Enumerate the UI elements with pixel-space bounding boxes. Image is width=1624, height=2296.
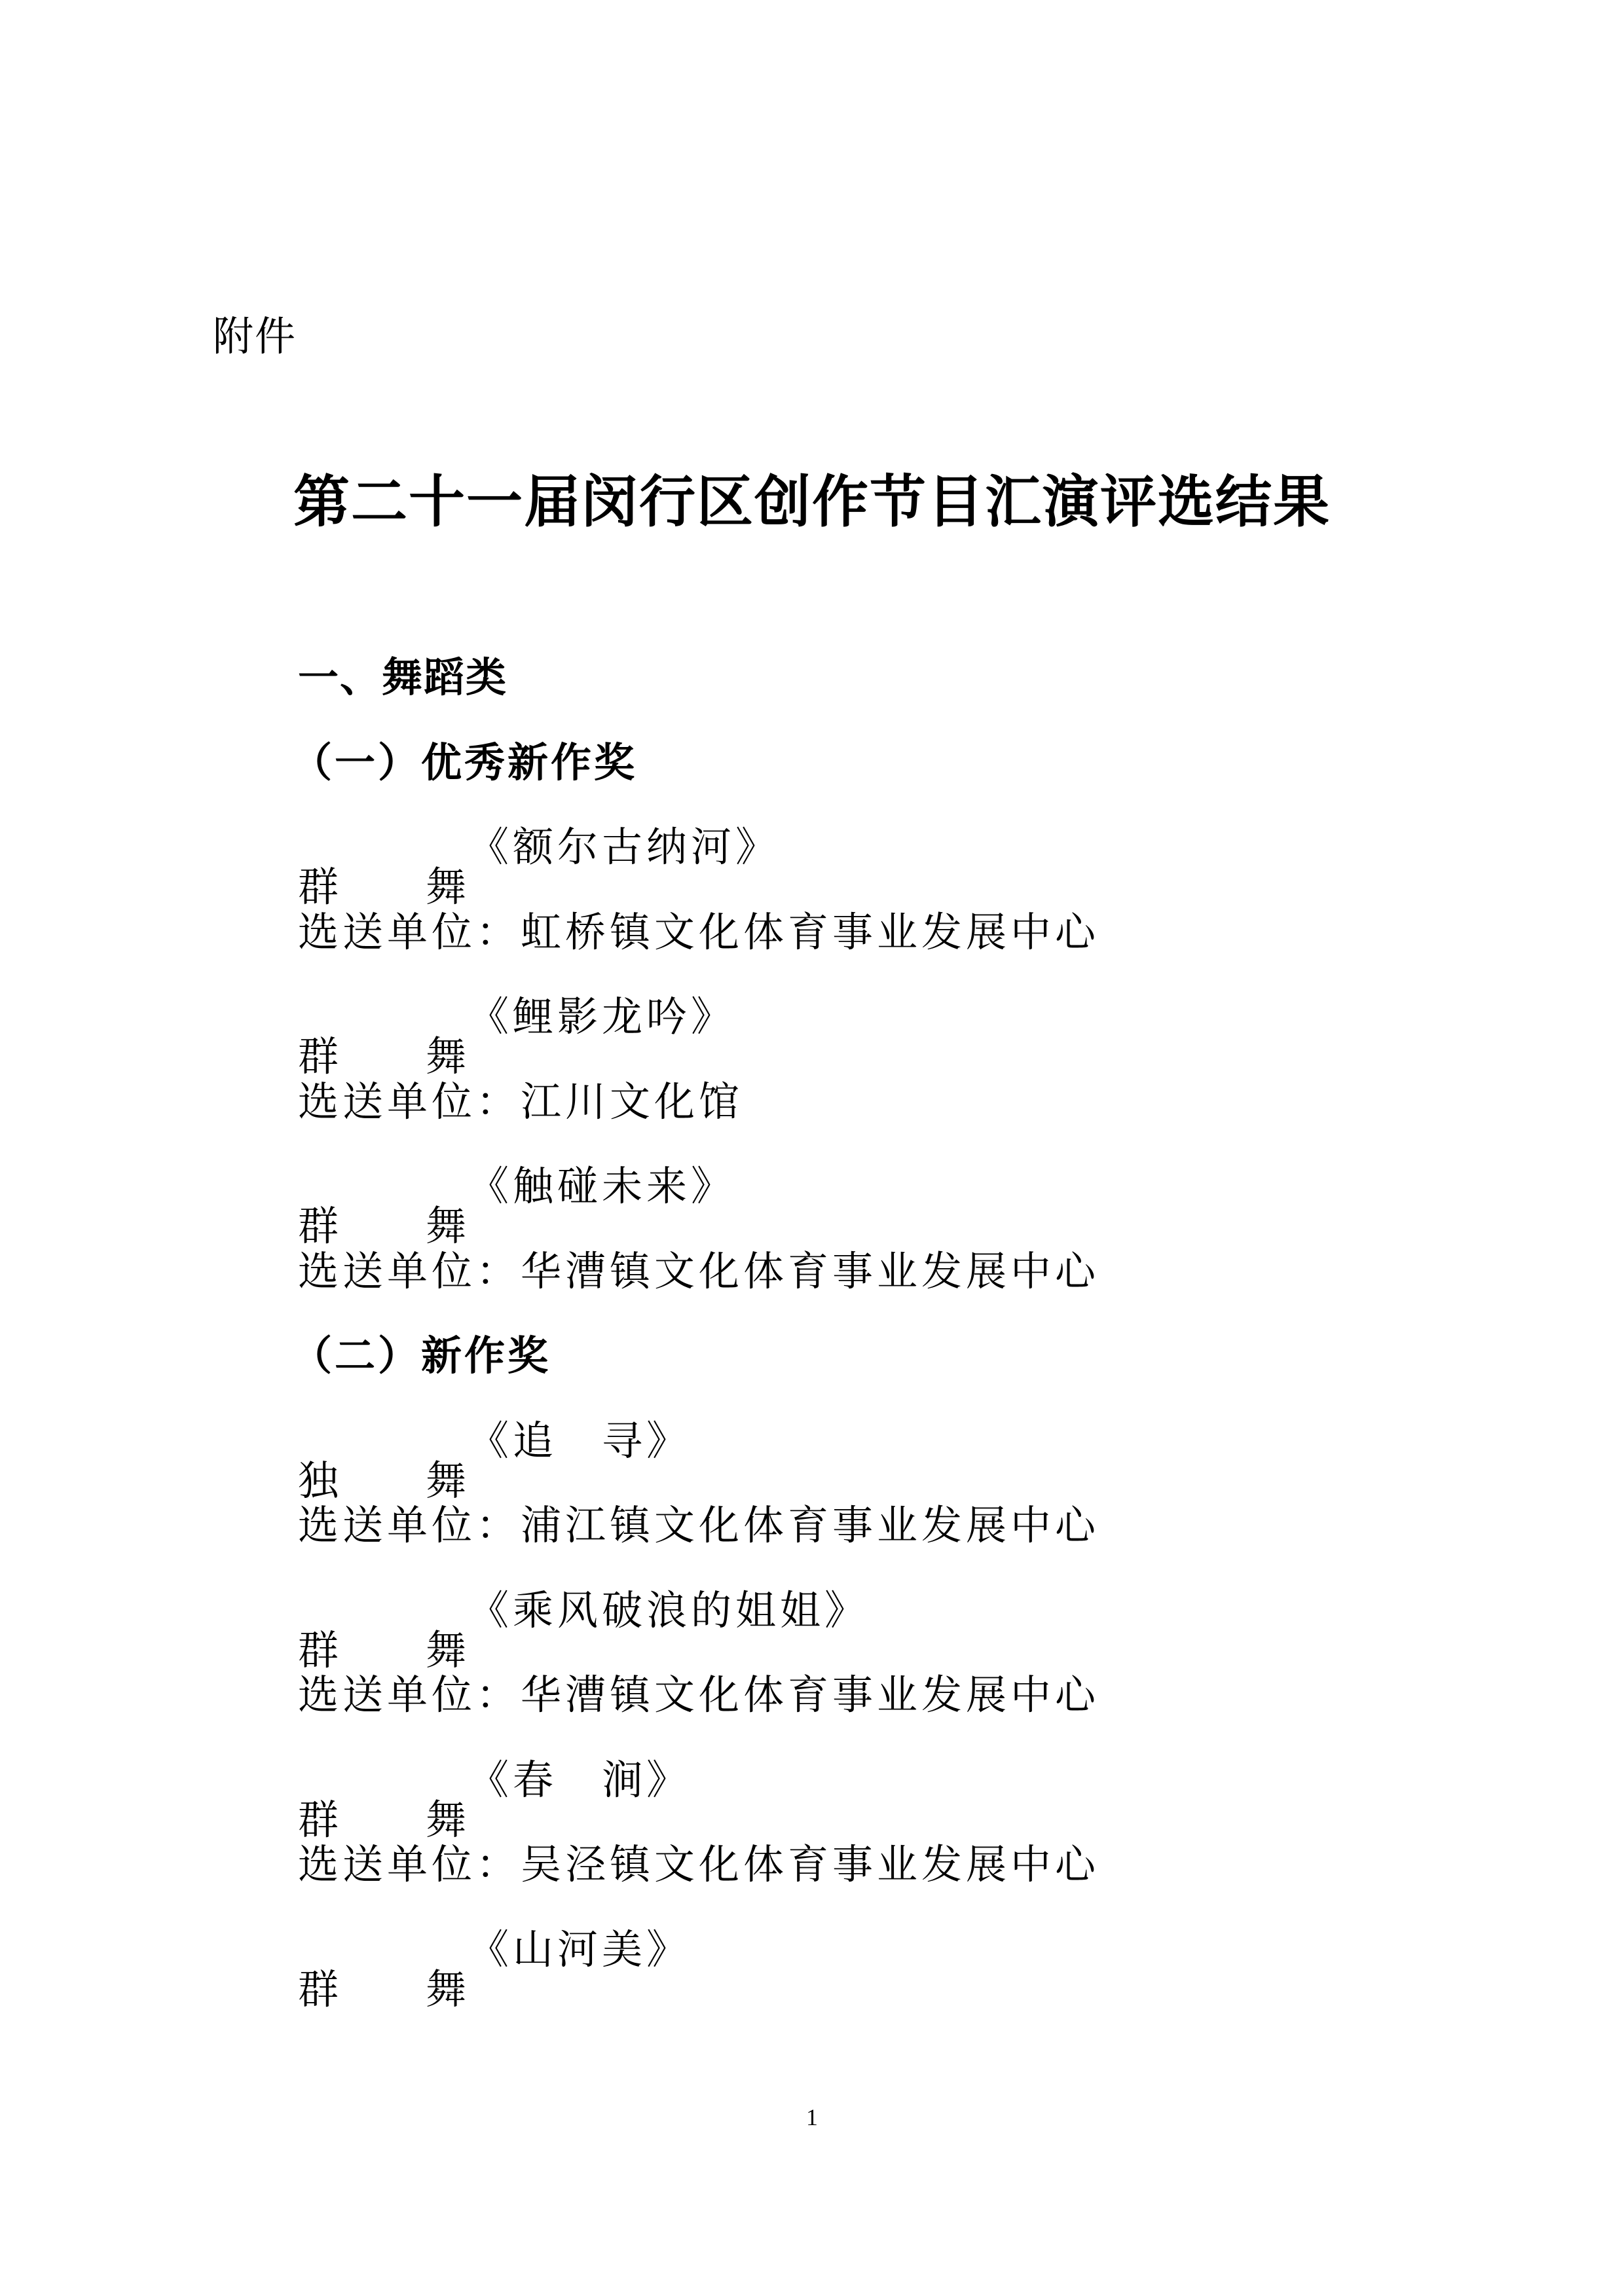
page-number: 1 [0, 2103, 1624, 2132]
work-title: 《额尔古纳河》 [468, 821, 780, 873]
document-body: 一、舞蹈类 （一）优秀新作奖 群舞《额尔古纳河》 选送单位：虹桥镇文化体育事业发… [298, 651, 1477, 2008]
unit-name: 虹桥镇文化体育事业发展中心 [521, 908, 1099, 956]
unit-line: 选送单位：华漕镇文化体育事业发展中心 [298, 1245, 1477, 1330]
entry-line: 群舞《山河美》 [298, 1923, 1477, 2009]
entry-line: 群舞《鲤影龙吟》 [298, 991, 1477, 1076]
unit-label: 选送单位： [298, 1840, 521, 1888]
work-title: 《山河美》 [468, 1923, 691, 1976]
award-heading-new-work: （二）新作奖 [291, 1330, 1477, 1415]
document-page: 附件 第二十一届闵行区创作节目汇演评选结果 一、舞蹈类 （一）优秀新作奖 群舞《… [0, 0, 1624, 2296]
category-heading-dance: 一、舞蹈类 [298, 651, 1477, 737]
unit-line: 选送单位：江川文化馆 [298, 1076, 1477, 1161]
entry-line: 群舞《额尔古纳河》 [298, 821, 1477, 906]
work-title: 《触碰未来》 [468, 1160, 735, 1212]
unit-line: 选送单位：华漕镇文化体育事业发展中心 [298, 1669, 1477, 1754]
unit-name: 华漕镇文化体育事业发展中心 [521, 1671, 1099, 1719]
entry-line: 独舞《追 寻》 [298, 1415, 1477, 1500]
document-title: 第二十一届闵行区创作节目汇演评选结果 [0, 466, 1624, 538]
unit-label: 选送单位： [298, 1247, 521, 1295]
entry-line: 群舞《乘风破浪的姐姐》 [298, 1584, 1477, 1669]
work-title: 《乘风破浪的姐姐》 [468, 1584, 869, 1637]
unit-line: 选送单位：浦江镇文化体育事业发展中心 [298, 1499, 1477, 1584]
award-heading-excellent-new-work: （一）优秀新作奖 [291, 737, 1477, 822]
entry-line: 群舞《春 涧》 [298, 1754, 1477, 1839]
unit-label: 选送单位： [298, 1671, 521, 1719]
work-title: 《追 寻》 [468, 1415, 691, 1467]
unit-name: 吴泾镇文化体育事业发展中心 [521, 1840, 1099, 1888]
unit-label: 选送单位： [298, 908, 521, 956]
unit-line: 选送单位：吴泾镇文化体育事业发展中心 [298, 1838, 1477, 1923]
attachment-label: 附件 [213, 313, 297, 360]
entry-line: 群舞《触碰未来》 [298, 1160, 1477, 1245]
unit-line: 选送单位：虹桥镇文化体育事业发展中心 [298, 906, 1477, 991]
work-title: 《鲤影龙吟》 [468, 991, 735, 1043]
unit-label: 选送单位： [298, 1078, 521, 1125]
unit-name: 浦江镇文化体育事业发展中心 [521, 1501, 1099, 1549]
unit-name: 华漕镇文化体育事业发展中心 [521, 1247, 1099, 1295]
unit-name: 江川文化馆 [521, 1078, 743, 1125]
work-title: 《春 涧》 [468, 1754, 691, 1806]
unit-label: 选送单位： [298, 1501, 521, 1549]
